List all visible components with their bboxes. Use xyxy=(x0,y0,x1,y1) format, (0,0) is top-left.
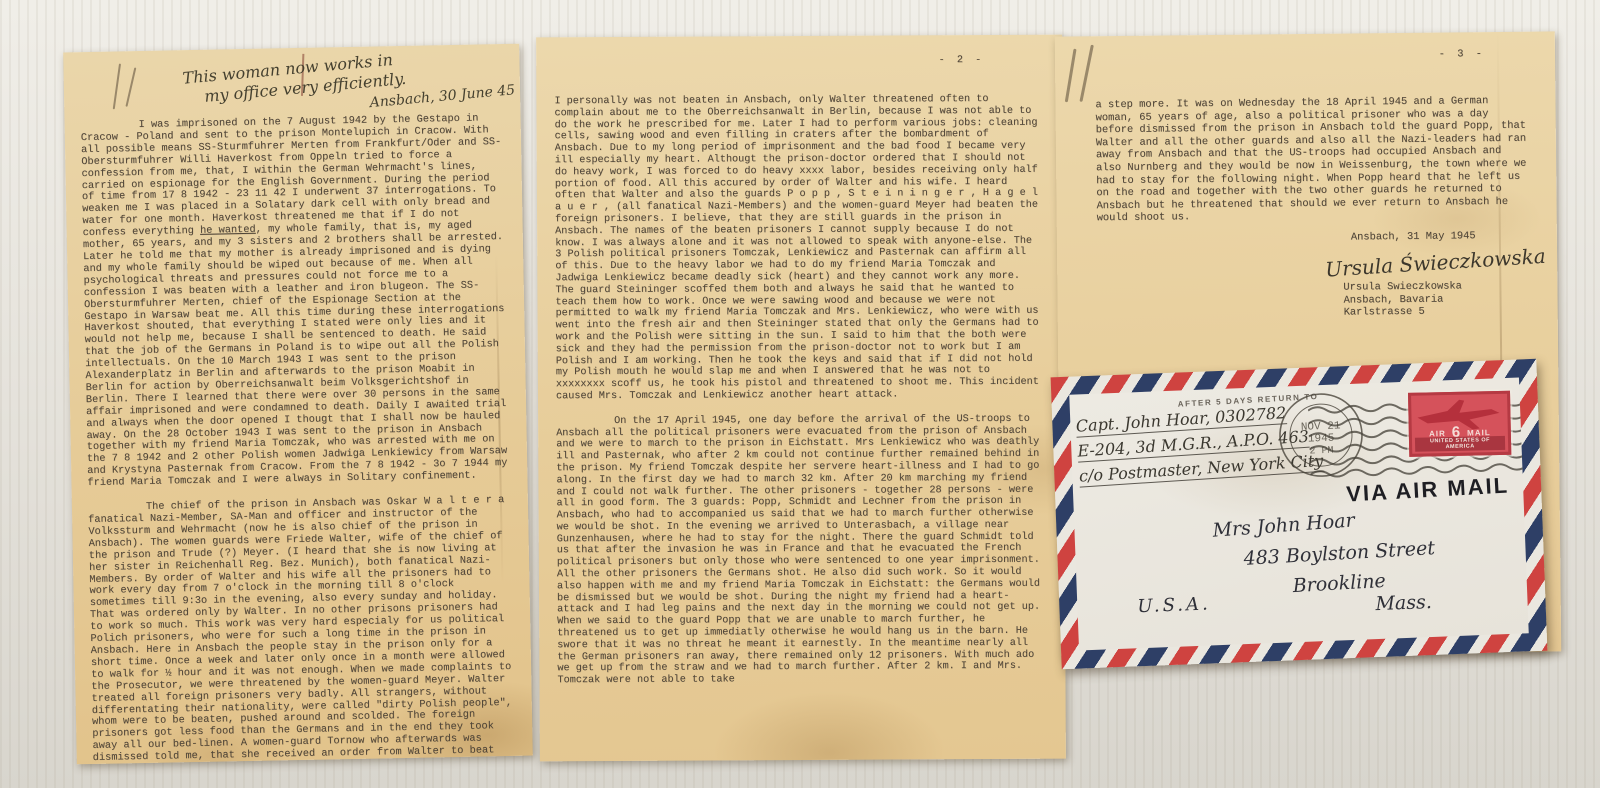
via-air-mail-label: VIA AIR MAIL xyxy=(1346,473,1510,508)
recipient-name: Mrs John Hoar xyxy=(1212,509,1356,541)
typed-paragraph: On the 17 April 1945, one day before the… xyxy=(556,413,1043,687)
typed-city: Ansbach, Bavaria xyxy=(1343,293,1462,307)
recipient-city: Brookline xyxy=(1292,570,1386,597)
typed-paragraph: I was imprisoned on the 7 August 1942 by… xyxy=(81,113,514,490)
page-3-text: a step more. It was on Wednesday the 18 … xyxy=(1095,95,1532,238)
photo-of-letter-and-envelope: This woman now works in my office very e… xyxy=(0,0,1600,788)
typed-paragraph: I personally was not beaten in Ansbach, … xyxy=(554,94,1042,403)
recipient-state: Mass. xyxy=(1375,591,1432,615)
typed-paragraph: a step more. It was on Wednesday the 18 … xyxy=(1095,95,1532,225)
usa-label: U.S.A. xyxy=(1137,593,1211,617)
page-1-text: I was imprisoned on the 7 August 1942 by… xyxy=(81,113,520,764)
postage-stamp: AIR 6 MAIL CENTS UNITED STATES OF AMERIC… xyxy=(1408,391,1511,457)
recipient-street: 483 Boylston Street xyxy=(1243,537,1435,570)
letter-page-2: - 2 - I personally was not beaten in Ans… xyxy=(536,35,1066,762)
page-2-text: I personally was not beaten in Ansbach, … xyxy=(554,94,1043,701)
dateline: Ansbach, 31 May 1945 xyxy=(1351,230,1476,244)
pencil-check-mark xyxy=(1065,49,1077,103)
pencil-mark xyxy=(113,63,121,109)
typed-name: Ursula Swieczkowska xyxy=(1343,280,1462,294)
stamp-country-label: UNITED STATES OF AMERICA xyxy=(1415,436,1505,452)
pencil-check-mark xyxy=(1079,45,1093,102)
envelope-face: AFTER 5 DAYS RETURN TO Capt. John Hoar, … xyxy=(1069,377,1528,650)
pencil-mark xyxy=(125,67,136,106)
paragraph-text: , my whole family, that is, my aged moth… xyxy=(83,220,508,489)
page-number: - 3 - xyxy=(1439,48,1485,61)
envelope: AFTER 5 DAYS RETURN TO Capt. John Hoar, … xyxy=(1051,359,1548,669)
typed-street: Karlstrasse 5 xyxy=(1344,306,1463,320)
typed-signature-block: Ursula Swieczkowska Ansbach, Bavaria Kar… xyxy=(1343,280,1462,319)
signature: Ursula Świeczkowska xyxy=(1325,244,1547,282)
letter-page-1: This woman now works in my office very e… xyxy=(63,44,533,765)
typed-paragraph: The chief of the prison in Ansbach was O… xyxy=(88,495,519,764)
page-number: - 2 - xyxy=(939,55,985,67)
